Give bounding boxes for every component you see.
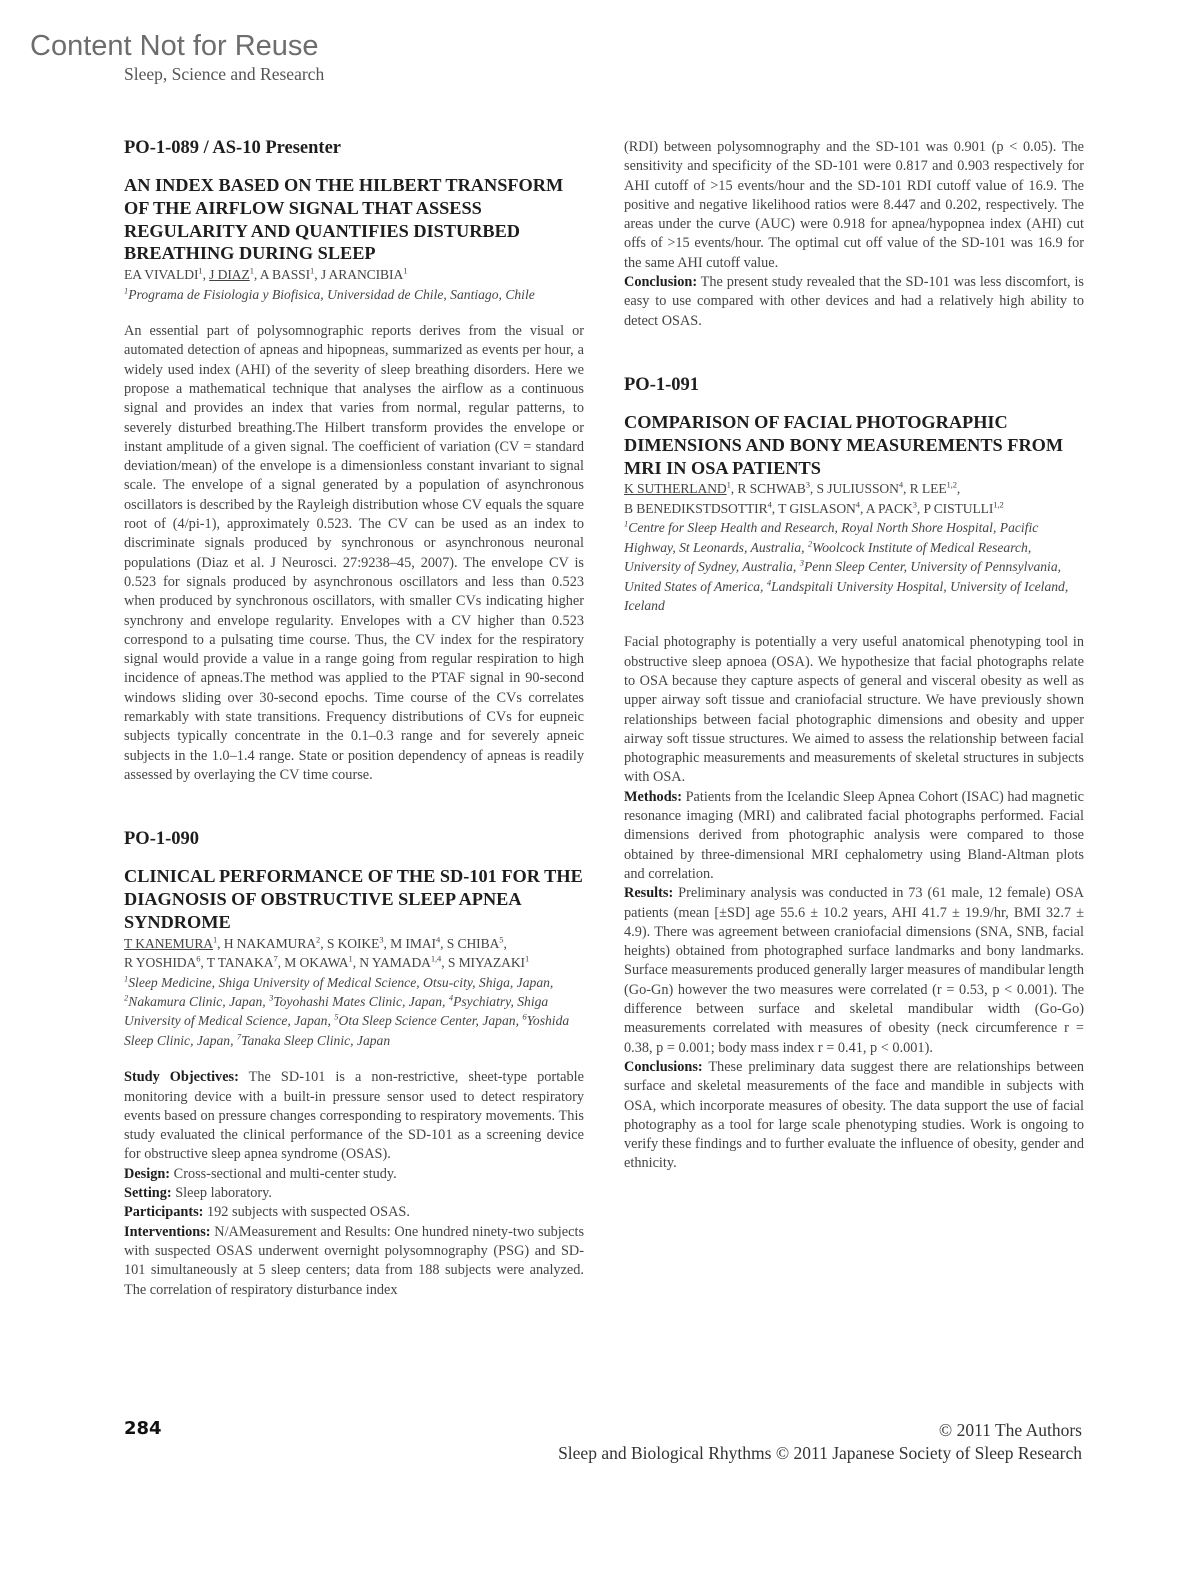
section-label: Conclusions: [624,1059,703,1075]
author: R LEE [910,481,947,496]
affiliation: Programa de Fisiologia y Biofisica, Univ… [128,287,535,302]
author: R SCHWAB [737,481,805,496]
abstract-po-1-091: PO-1-091 COMPARISON OF FACIAL PHOTOGRAPH… [624,375,1084,1174]
section-setting: Setting: Sleep laboratory. [124,1184,584,1203]
presenting-author: K SUTHERLAND [624,481,727,496]
author-sup: 1 [525,954,529,964]
affiliations: 1Centre for Sleep Health and Research, R… [624,518,1084,615]
section-conclusion: Conclusion: The present study revealed t… [624,273,1084,331]
section-participants: Participants: 192 subjects with suspecte… [124,1203,584,1222]
author: S MIYAZAKI [448,955,525,970]
affiliations: 1Programa de Fisiologia y Biofisica, Uni… [124,285,584,304]
section-study-objectives: Study Objectives: The SD-101 is a non-re… [124,1068,584,1164]
abstract-body: An essential part of polysomnographic re… [124,322,584,785]
author-sup: 4 [436,934,440,944]
author-sup: 1 [349,954,353,964]
abstract-po-1-090: PO-1-090 CLINICAL PERFORMANCE OF THE SD-… [124,829,584,1300]
section-text: Preliminary analysis was conducted in 73… [624,885,1084,1055]
section-text: Cross-sectional and multi-center study. [174,1166,397,1182]
abstract-title: COMPARISON OF FACIAL PHOTOGRAPHIC DIMENS… [624,411,1084,479]
section-label: Participants: [124,1204,203,1220]
affiliation: Sleep Medicine, Shiga University of Medi… [128,975,550,990]
author-sup: 1 [403,266,407,276]
affiliations: 1Sleep Medicine, Shiga University of Med… [124,973,584,1051]
presenting-author: T KANEMURA [124,936,213,951]
author: B BENEDIKSTDSOTTIR [624,501,768,516]
author-list: EA VIVALDI1, J DIAZ1, A BASSI1, J ARANCI… [124,265,584,285]
copyright-footer: © 2011 The Authors Sleep and Biological … [558,1419,1082,1465]
affiliation: Nakamura Clinic, Japan [128,994,262,1009]
section-text: Sleep laboratory. [175,1185,272,1201]
author-sup: 6 [196,954,200,964]
author: EA VIVALDI [124,267,198,282]
author: S KOIKE [327,936,380,951]
author-sup: 1 [250,266,254,276]
section-design: Design: Cross-sectional and multi-center… [124,1165,584,1184]
right-column: (RDI) between polysomnography and the SD… [624,138,1084,1174]
abstract-title: CLINICAL PERFORMANCE OF THE SD-101 FOR T… [124,865,584,933]
section-label: Methods: [624,789,682,805]
author: H NAKAMURA [224,936,316,951]
affiliation: Toyohashi Mates Clinic, Japan [273,994,442,1009]
section-conclusions: Conclusions: These preliminary data sugg… [624,1058,1084,1174]
author: T TANAKA [207,955,274,970]
section-label: Design: [124,1166,170,1182]
section-methods: Methods: Patients from the Icelandic Sle… [624,788,1084,884]
section-label: Results: [624,885,673,901]
author: A BASSI [260,267,310,282]
author-sup: 1,4 [431,954,441,964]
author-sup: 4 [768,499,772,509]
author-sup: 4 [856,499,860,509]
abstract-title: AN INDEX BASED ON THE HILBERT TRANSFORM … [124,174,584,265]
watermark: Content Not for Reuse [30,30,319,63]
author-sup: 3 [913,499,917,509]
author: M IMAI [390,936,436,951]
section-results-continued: (RDI) between polysomnography and the SD… [624,138,1084,273]
abstract-id: PO-1-089 / AS-10 Presenter [124,138,584,159]
author-list: T KANEMURA1, H NAKAMURA2, S KOIKE3, M IM… [124,934,584,973]
author-sup: 1,2 [993,499,1003,509]
author-sup: 1 [198,266,202,276]
abstract-intro: Facial photography is potentially a very… [624,633,1084,787]
author: S JULIUSSON [817,481,899,496]
author: S CHIBA [447,936,500,951]
author: A PACK [866,501,913,516]
author-sup: 1,2 [947,480,957,490]
author: P CISTULLI [923,501,993,516]
section-label: Conclusion: [624,274,697,290]
abstract-po-1-089: PO-1-089 / AS-10 Presenter AN INDEX BASE… [124,138,584,785]
section-text: These preliminary data suggest there are… [624,1059,1084,1171]
section-label: Setting: [124,1185,172,1201]
section-text: Patients from the Icelandic Sleep Apnea … [624,789,1084,882]
running-head: Sleep, Science and Research [124,64,324,85]
abstract-po-1-090-continued: (RDI) between polysomnography and the SD… [624,138,1084,331]
author-sup: 1 [310,266,314,276]
author: M OKAWA [284,955,348,970]
left-column: PO-1-089 / AS-10 Presenter AN INDEX BASE… [124,138,584,1300]
author-sup: 2 [316,934,320,944]
section-text: 192 subjects with suspected OSAS. [207,1204,410,1220]
section-interventions: Interventions: N/AMeasurement and Result… [124,1223,584,1300]
author-sup: 7 [273,954,277,964]
affiliation: Tanaka Sleep Clinic, Japan [241,1033,390,1048]
author-sup: 5 [499,934,503,944]
author-sup: 1 [727,480,731,490]
section-label: Study Objectives: [124,1069,239,1085]
author: T GISLASON [778,501,856,516]
author-sup: 1 [213,934,217,944]
page-number: 284 [124,1418,162,1439]
abstract-id: PO-1-090 [124,829,584,850]
author: R YOSHIDA [124,955,196,970]
section-label: Interventions: [124,1224,211,1240]
author-sup: 3 [806,480,810,490]
author: N YAMADA [359,955,431,970]
abstract-id: PO-1-091 [624,375,1084,396]
author-sup: 3 [379,934,383,944]
author-sup: 4 [899,480,903,490]
copyright-journal: Sleep and Biological Rhythms © 2011 Japa… [558,1442,1082,1465]
presenting-author: J DIAZ [209,267,250,282]
section-results: Results: Preliminary analysis was conduc… [624,884,1084,1058]
copyright-authors: © 2011 The Authors [558,1419,1082,1442]
author-list: K SUTHERLAND1, R SCHWAB3, S JULIUSSON4, … [624,479,1084,518]
affiliation: Ota Sleep Science Center, Japan [339,1013,516,1028]
author: J ARANCIBIA [321,267,403,282]
